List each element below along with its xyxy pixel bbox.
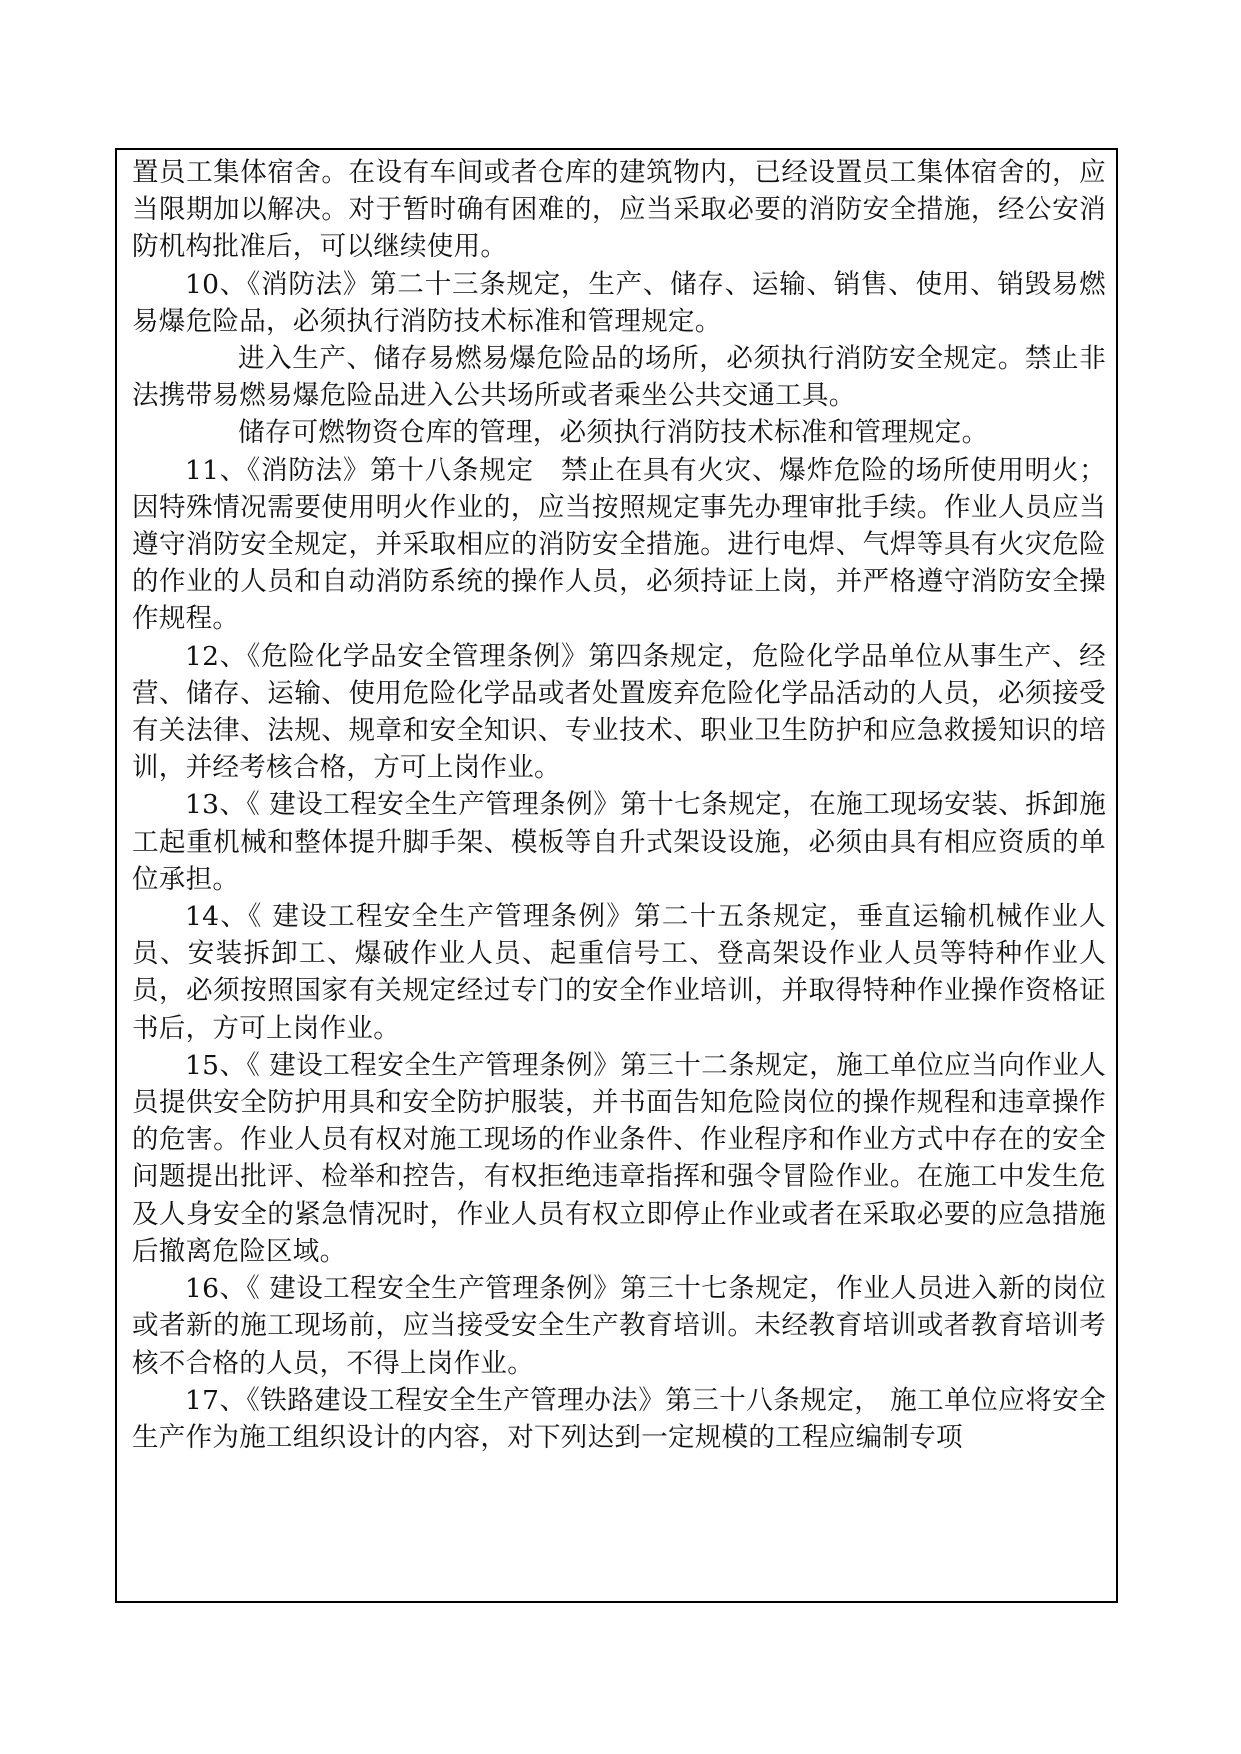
paragraph-continuation: 置员工集体宿舍。在设有车间或者仓库的建筑物内，已经设置员工集体宿舍的，应当限期加… <box>132 154 1106 266</box>
paragraph-item-13: 13、《 建设工程安全生产管理条例》第十七条规定，在施工现场安装、拆卸施工起重机… <box>132 786 1106 898</box>
paragraph-item-10-storage: 储存可燃物资仓库的管理，必须执行消防技术标准和管理规定。 <box>132 414 1106 451</box>
paragraph-item-15: 15、《 建设工程安全生产管理条例》第三十二条规定，施工单位应当向作业人员提供安… <box>132 1047 1106 1270</box>
document-frame: 置员工集体宿舍。在设有车间或者仓库的建筑物内，已经设置员工集体宿舍的，应当限期加… <box>115 148 1118 1603</box>
paragraph-item-12: 12、《危险化学品安全管理条例》第四条规定，危险化学品单位从事生产、经营、储存、… <box>132 638 1106 787</box>
paragraph-item-17: 17、《铁路建设工程安全生产管理办法》第三十八条规定， 施工单位应将安全生产作为… <box>132 1382 1106 1456</box>
paragraph-item-16: 16、《 建设工程安全生产管理条例》第三十七条规定，作业人员进入新的岗位或者新的… <box>132 1270 1106 1382</box>
paragraph-item-11: 11、《消防法》第十八条规定 禁止在具有火灾、爆炸危险的场所使用明火；因特殊情况… <box>132 452 1106 638</box>
paragraph-item-14: 14、《 建设工程安全生产管理条例》第二十五条规定，垂直运输机械作业人员、安装拆… <box>132 898 1106 1047</box>
paragraph-item-10: 10、《消防法》第二十三条规定，生产、储存、运输、销售、使用、销毁易燃易爆危险品… <box>132 266 1106 340</box>
paragraph-item-10-entry: 进入生产、储存易燃易爆危险品的场所，必须执行消防安全规定。禁止非法携带易燃易爆危… <box>132 340 1106 414</box>
